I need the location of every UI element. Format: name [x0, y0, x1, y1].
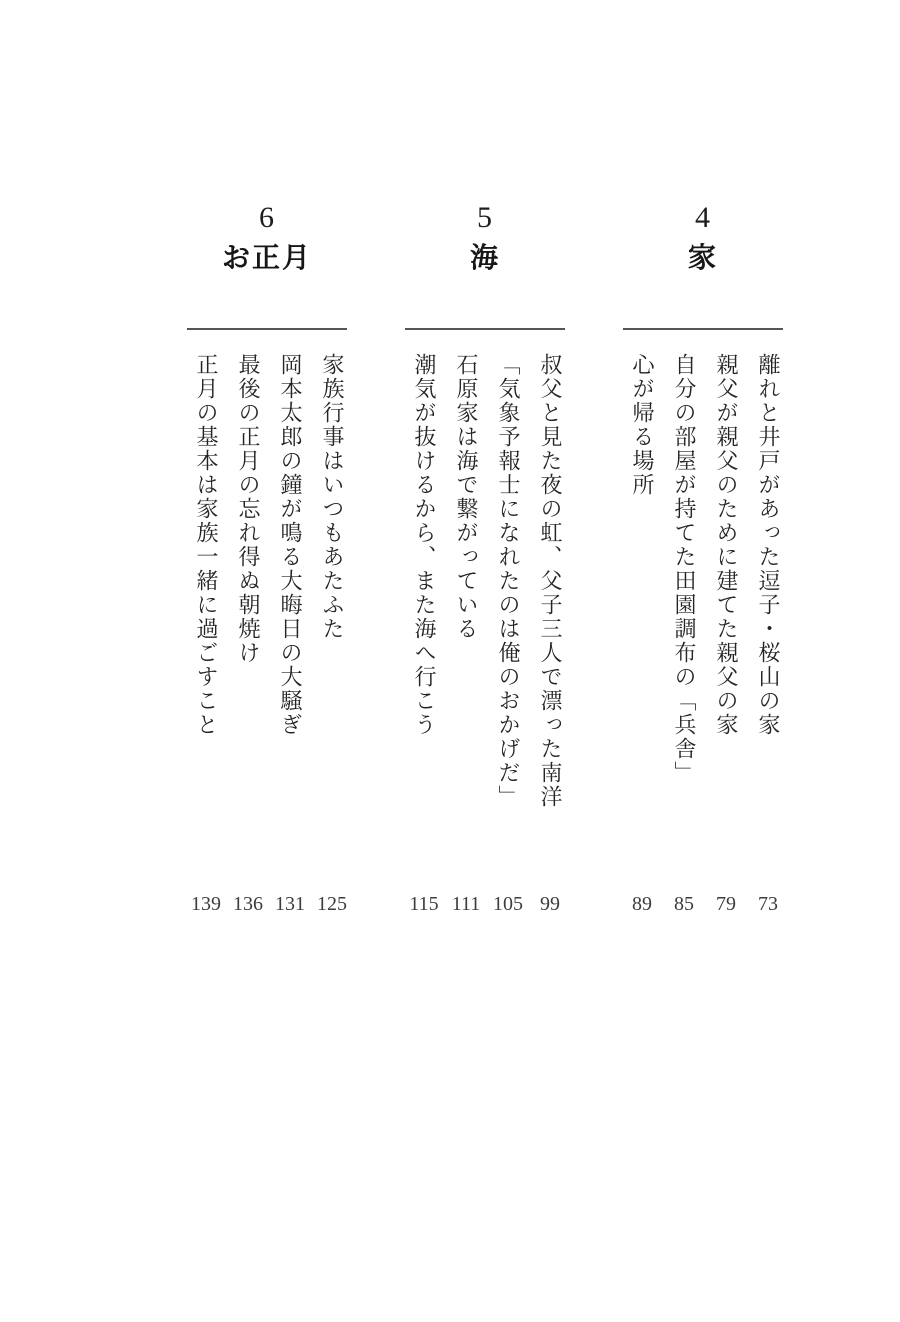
entry-page-number: 125	[317, 893, 347, 915]
entry-title: 岡本太郎の鐘が鳴る大晦日の大騒ぎ	[278, 353, 302, 737]
entry-page-number: 136	[233, 893, 263, 915]
toc-page: 4 家 離れと井戸があった逗子・桜山の家 73 親父が親父のために建てた親父の家…	[0, 0, 900, 1322]
toc-entry: 離れと井戸があった逗子・桜山の家 73	[756, 353, 780, 915]
entry-page-number: 89	[632, 893, 652, 915]
entry-list: 家族行事はいつもあたふた 125 岡本太郎の鐘が鳴る大晦日の大騒ぎ 131 最後…	[187, 353, 347, 915]
entry-title: 叔父と見た夜の虹、父子三人で漂った南洋	[538, 353, 562, 809]
entry-title: 最後の正月の忘れ得ぬ朝焼け	[236, 353, 260, 665]
chapter-title: 海	[470, 244, 500, 274]
chapter-4: 4 家 離れと井戸があった逗子・桜山の家 73 親父が親父のために建てた親父の家…	[623, 202, 783, 915]
entry-page-number: 79	[716, 893, 736, 915]
entry-title: 離れと井戸があった逗子・桜山の家	[756, 353, 780, 737]
entry-page-number: 99	[540, 893, 560, 915]
entry-page-number: 131	[275, 893, 305, 915]
toc-entry: 心が帰る場所 89	[630, 353, 654, 915]
toc-entry: 親父が親父のために建てた親父の家 79	[714, 353, 738, 915]
entry-title: 心が帰る場所	[630, 353, 654, 497]
entry-title: 親父が親父のために建てた親父の家	[714, 353, 738, 737]
entry-page-number: 73	[758, 893, 778, 915]
chapter-divider-rule	[405, 328, 565, 330]
toc-entry: 石原家は海で繋がっている 111	[454, 353, 478, 915]
toc-entry: 最後の正月の忘れ得ぬ朝焼け 136	[236, 353, 260, 915]
entry-title: 潮気が抜けるから、また海へ行こう	[412, 353, 436, 737]
toc-entry: 叔父と見た夜の虹、父子三人で漂った南洋 99	[538, 353, 562, 915]
toc-entry: 家族行事はいつもあたふた 125	[320, 353, 344, 915]
chapter-divider-rule	[187, 328, 347, 330]
toc-entry: 「気象予報士になれたのは俺のおかげだ」 105	[496, 353, 520, 915]
chapter-title: お正月	[222, 244, 312, 274]
chapter-list: 4 家 離れと井戸があった逗子・桜山の家 73 親父が親父のために建てた親父の家…	[187, 202, 783, 915]
entry-title: 自分の部屋が持てた田園調布の「兵舎」	[672, 353, 696, 785]
chapter-5: 5 海 叔父と見た夜の虹、父子三人で漂った南洋 99 「気象予報士になれたのは俺…	[405, 202, 565, 915]
entry-title: 石原家は海で繋がっている	[454, 353, 478, 641]
entry-list: 離れと井戸があった逗子・桜山の家 73 親父が親父のために建てた親父の家 79 …	[623, 353, 783, 915]
entry-title: 家族行事はいつもあたふた	[320, 353, 344, 641]
toc-entry: 岡本太郎の鐘が鳴る大晦日の大騒ぎ 131	[278, 353, 302, 915]
entry-page-number: 111	[452, 893, 481, 915]
chapter-title: 家	[688, 244, 718, 274]
entry-page-number: 105	[493, 893, 523, 915]
chapter-number: 5	[477, 202, 493, 234]
chapter-6: 6 お正月 家族行事はいつもあたふた 125 岡本太郎の鐘が鳴る大晦日の大騒ぎ …	[187, 202, 347, 915]
chapter-number: 6	[259, 202, 275, 234]
entry-title: 「気象予報士になれたのは俺のおかげだ」	[496, 353, 520, 809]
entry-page-number: 139	[191, 893, 221, 915]
chapter-divider-rule	[623, 328, 783, 330]
toc-entry: 自分の部屋が持てた田園調布の「兵舎」 85	[672, 353, 696, 915]
entry-page-number: 85	[674, 893, 694, 915]
toc-entry: 正月の基本は家族一緒に過ごすこと 139	[194, 353, 218, 915]
toc-entry: 潮気が抜けるから、また海へ行こう 115	[412, 353, 436, 915]
entry-page-number: 115	[409, 893, 438, 915]
entry-list: 叔父と見た夜の虹、父子三人で漂った南洋 99 「気象予報士になれたのは俺のおかげ…	[405, 353, 565, 915]
entry-title: 正月の基本は家族一緒に過ごすこと	[194, 353, 218, 737]
chapter-number: 4	[695, 202, 711, 234]
